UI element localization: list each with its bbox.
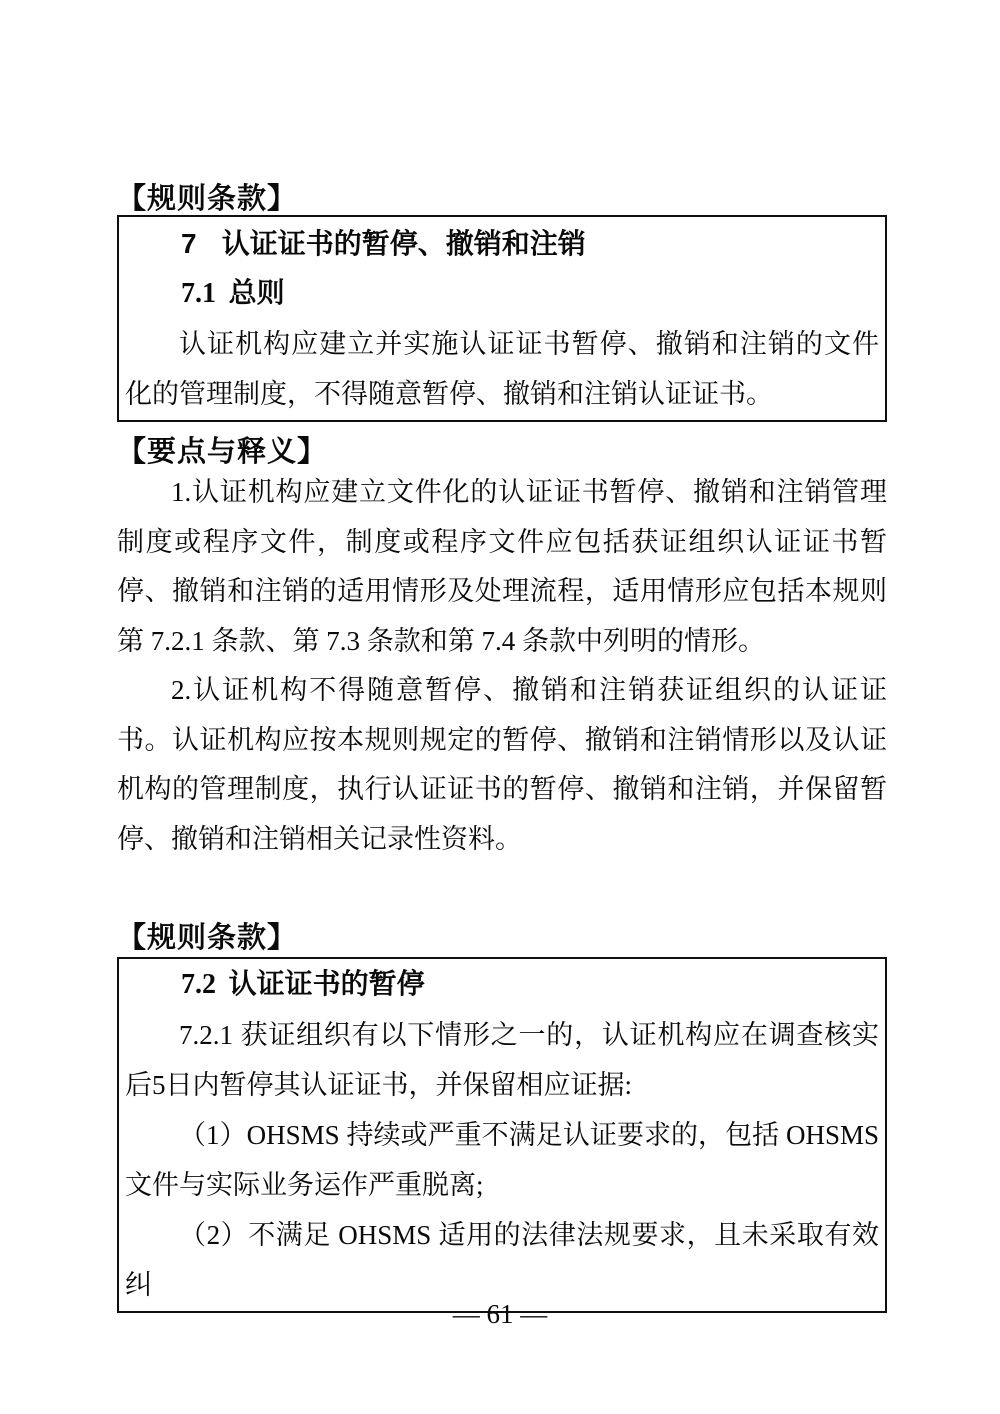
- clause-7-2-1-item-1: （1）OHSMS 持续或严重不满足认证要求的，包括 OHSMS 文件与实际业务运…: [125, 1110, 879, 1210]
- clause-title: 总则: [229, 278, 285, 309]
- clause-7-2-1-paragraph: 7.2.1 获证组织有以下情形之一的，认证机构应在调查核实后5日内暂停其认证证书…: [125, 1010, 879, 1110]
- chapter-number: 7: [181, 228, 197, 259]
- clause-7-1-heading: 7.1总则: [125, 269, 879, 319]
- clause-7-1-body: 认证机构应建立并实施认证证书暂停、撤销和注销的文件化的管理制度，不得随意暂停、撤…: [125, 319, 879, 419]
- clause-7-2-1-item-2: （2）不满足 OHSMS 适用的法律法规要求，且未采取有效纠: [125, 1210, 879, 1310]
- clause-number: 7.1: [181, 278, 216, 309]
- section-heading-rule-clauses-1: 【规则条款】: [117, 183, 887, 215]
- chapter-heading: 7认证证书的暂停、撤销和注销: [125, 218, 879, 269]
- document-page: 【规则条款】 7认证证书的暂停、撤销和注销 7.1总则 认证机构应建立并实施认证…: [0, 0, 1000, 1414]
- page-number: — 61 —: [0, 1297, 1000, 1331]
- chapter-title: 认证证书的暂停、撤销和注销: [222, 228, 586, 259]
- clause-title: 认证证书的暂停: [229, 969, 425, 1000]
- page-content: 【规则条款】 7认证证书的暂停、撤销和注销 7.1总则 认证机构应建立并实施认证…: [117, 183, 887, 1313]
- section-heading-notes: 【要点与释义】: [117, 436, 887, 468]
- clause-number: 7.2: [181, 969, 216, 1000]
- section-heading-rule-clauses-2: 【规则条款】: [117, 922, 887, 954]
- notes-paragraph-1: 1.认证机构应建立文件化的认证证书暂停、撤销和注销管理制度或程序文件，制度或程序…: [117, 468, 887, 666]
- notes-paragraph-2: 2.认证机构不得随意暂停、撤销和注销获证组织的认证证书。认证机构应按本规则规定的…: [117, 666, 887, 864]
- rule-box-clause-7-2: 7.2认证证书的暂停 7.2.1 获证组织有以下情形之一的，认证机构应在调查核实…: [117, 957, 887, 1313]
- clause-7-2-heading: 7.2认证证书的暂停: [125, 960, 879, 1010]
- rule-box-chapter-7: 7认证证书的暂停、撤销和注销 7.1总则 认证机构应建立并实施认证证书暂停、撤销…: [117, 215, 887, 422]
